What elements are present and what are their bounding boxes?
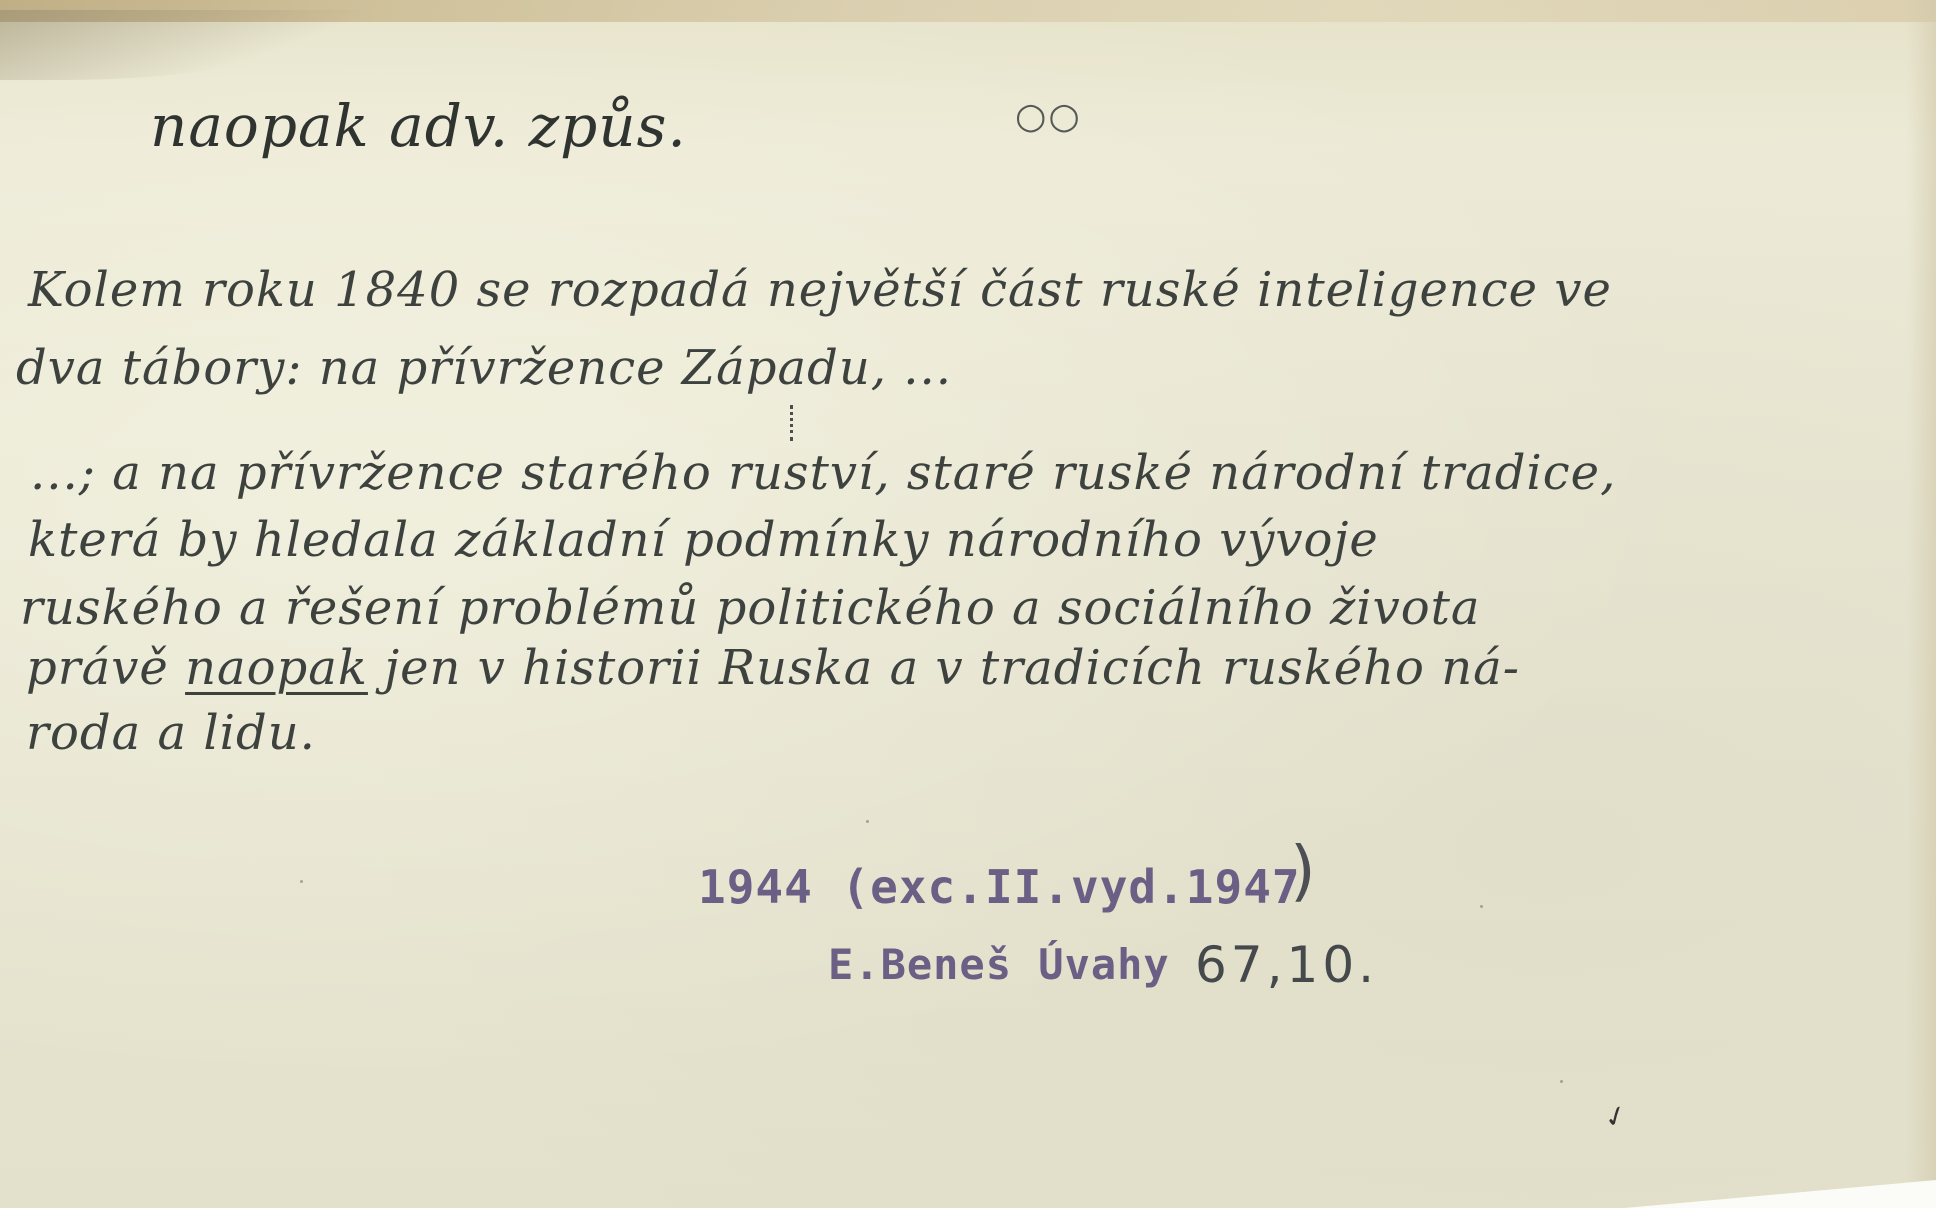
page-reference: 67,10. — [1195, 936, 1378, 994]
citation-line-6: právě naopak jen v historii Ruska a v tr… — [26, 640, 1520, 696]
card-right-edge — [1906, 0, 1936, 1208]
citation-line-1: Kolem roku 1840 se rozpadá největší část… — [28, 262, 1612, 318]
stamp-source: E.Beneš Úvahy — [828, 940, 1170, 989]
paper-speck — [866, 820, 869, 823]
citation-line-2: dva tábory: na přívržence Západu, ... — [16, 340, 952, 396]
citation-line-5: ruského a řešení problémů politického a … — [20, 580, 1481, 636]
stamp-date: 1944 (exc.II.vyd.1947 — [698, 860, 1301, 914]
citation-line-6-rest: jen v historii Ruska a v tradicích ruské… — [384, 640, 1520, 696]
paper-speck — [1560, 1080, 1563, 1083]
paper-speck — [300, 880, 303, 883]
citation-word-prave: právě — [26, 640, 169, 696]
underlined-headword: naopak — [185, 640, 368, 696]
citation-line-7: roda a lidu. — [26, 705, 316, 761]
citation-line-4: která by hledala základní podmínky národ… — [28, 512, 1379, 568]
background-corner — [1556, 1180, 1936, 1208]
index-card: naopak adv. způs. ○○ Kolem roku 1840 se … — [0, 0, 1936, 1208]
citation-line-3: ...; a na přívržence starého ruství, sta… — [30, 445, 1616, 501]
card-shadow — [0, 10, 360, 80]
stamp-paren-close: ) — [1290, 832, 1316, 909]
ellipsis-insert-mark — [790, 405, 796, 441]
check-mark-icon: ✓ — [1599, 1097, 1632, 1136]
paper-speck — [1480, 905, 1483, 908]
headword-mark: ○○ — [1015, 96, 1082, 137]
headword: naopak adv. způs. — [150, 92, 687, 160]
